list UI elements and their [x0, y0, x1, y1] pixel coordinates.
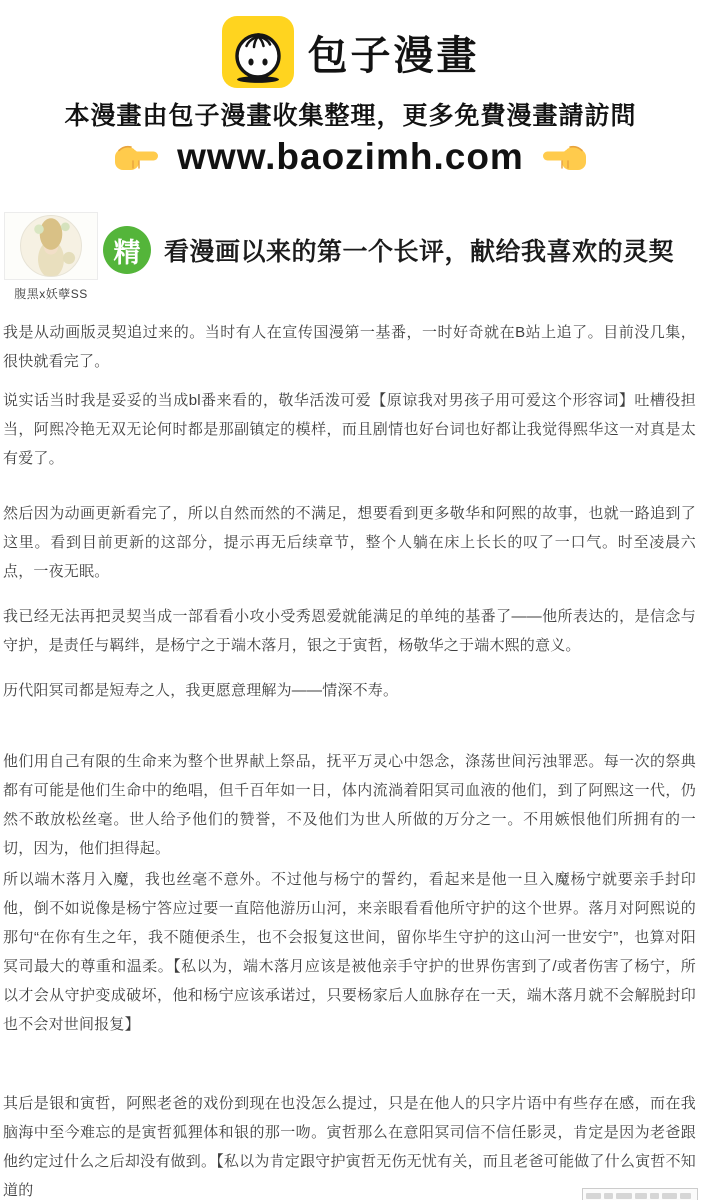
review-paragraph: 历代阳冥司都是短寿之人，我更愿意理解为——情深不寿。 [3, 676, 696, 705]
logo-row: 包子漫畫 [0, 16, 701, 88]
comment-header: 腹黑x妖孽SS 精 看漫画以来的第一个长评，献给我喜欢的灵契 [0, 178, 701, 302]
site-url-row: www.baozimh.com [0, 136, 701, 178]
page: 包子漫畫 本漫畫由包子漫畫收集整理，更多免費漫畫請訪問 www.baozimh.… [0, 0, 701, 1200]
site-url-link[interactable]: www.baozimh.com [177, 136, 524, 178]
review-paragraph: 然后因为动画更新看完了，所以自然而然的不满足，想要看到更多敬华和阿熙的故事，也就… [3, 499, 696, 586]
baozi-bun-logo-icon [222, 16, 294, 88]
review-paragraph: 所以端木落月入魔，我也丝毫不意外。不过他与杨宁的誓约，看起来是他一旦入魔杨宁就要… [3, 865, 696, 1039]
featured-badge: 精 [103, 226, 151, 274]
review-paragraph: 我是从动画版灵契追过来的。当时有人在宣传国漫第一基番，一时好奇就在B站上追了。目… [3, 318, 696, 376]
commenter-info: 腹黑x妖孽SS [3, 212, 99, 302]
comment-title-row: 精 看漫画以来的第一个长评，献给我喜欢的灵契 [103, 226, 674, 274]
review-body: 我是从动画版灵契追过来的。当时有人在宣传国漫第一基番，一时好奇就在B站上追了。目… [0, 302, 701, 1200]
review-paragraph: 其后是银和寅哲，阿熙老爸的戏份到现在也没怎么提过，只是在他人的只字片语中有些存在… [3, 1089, 696, 1200]
avatar-illustration [20, 215, 82, 277]
site-header: 包子漫畫 本漫畫由包子漫畫收集整理，更多免費漫畫請訪問 www.baozimh.… [0, 0, 701, 178]
site-name: 包子漫畫 [308, 24, 480, 81]
site-notice: 本漫畫由包子漫畫收集整理，更多免費漫畫請訪問 [0, 96, 701, 132]
comment-title[interactable]: 看漫画以来的第一个长评，献给我喜欢的灵契 [164, 232, 674, 268]
avatar[interactable] [4, 212, 98, 280]
review-paragraph: 说实话当时我是妥妥的当成bl番来看的，敬华活泼可爱【原谅我对男孩子用可爱这个形容… [3, 386, 696, 473]
review-paragraph: 我已经无法再把灵契当成一部看看小攻小受秀恩爱就能满足的单纯的基番了——他所表达的… [3, 602, 696, 660]
review-paragraph: 他们用自己有限的生命来为整个世界献上祭品，抚平万灵心中怨念，涤荡世间污浊罪恶。每… [3, 747, 696, 863]
pointing-left-hand-icon [542, 141, 588, 173]
username: 腹黑x妖孽SS [3, 285, 99, 302]
pointing-right-hand-icon [113, 141, 159, 173]
watermark [582, 1188, 698, 1200]
